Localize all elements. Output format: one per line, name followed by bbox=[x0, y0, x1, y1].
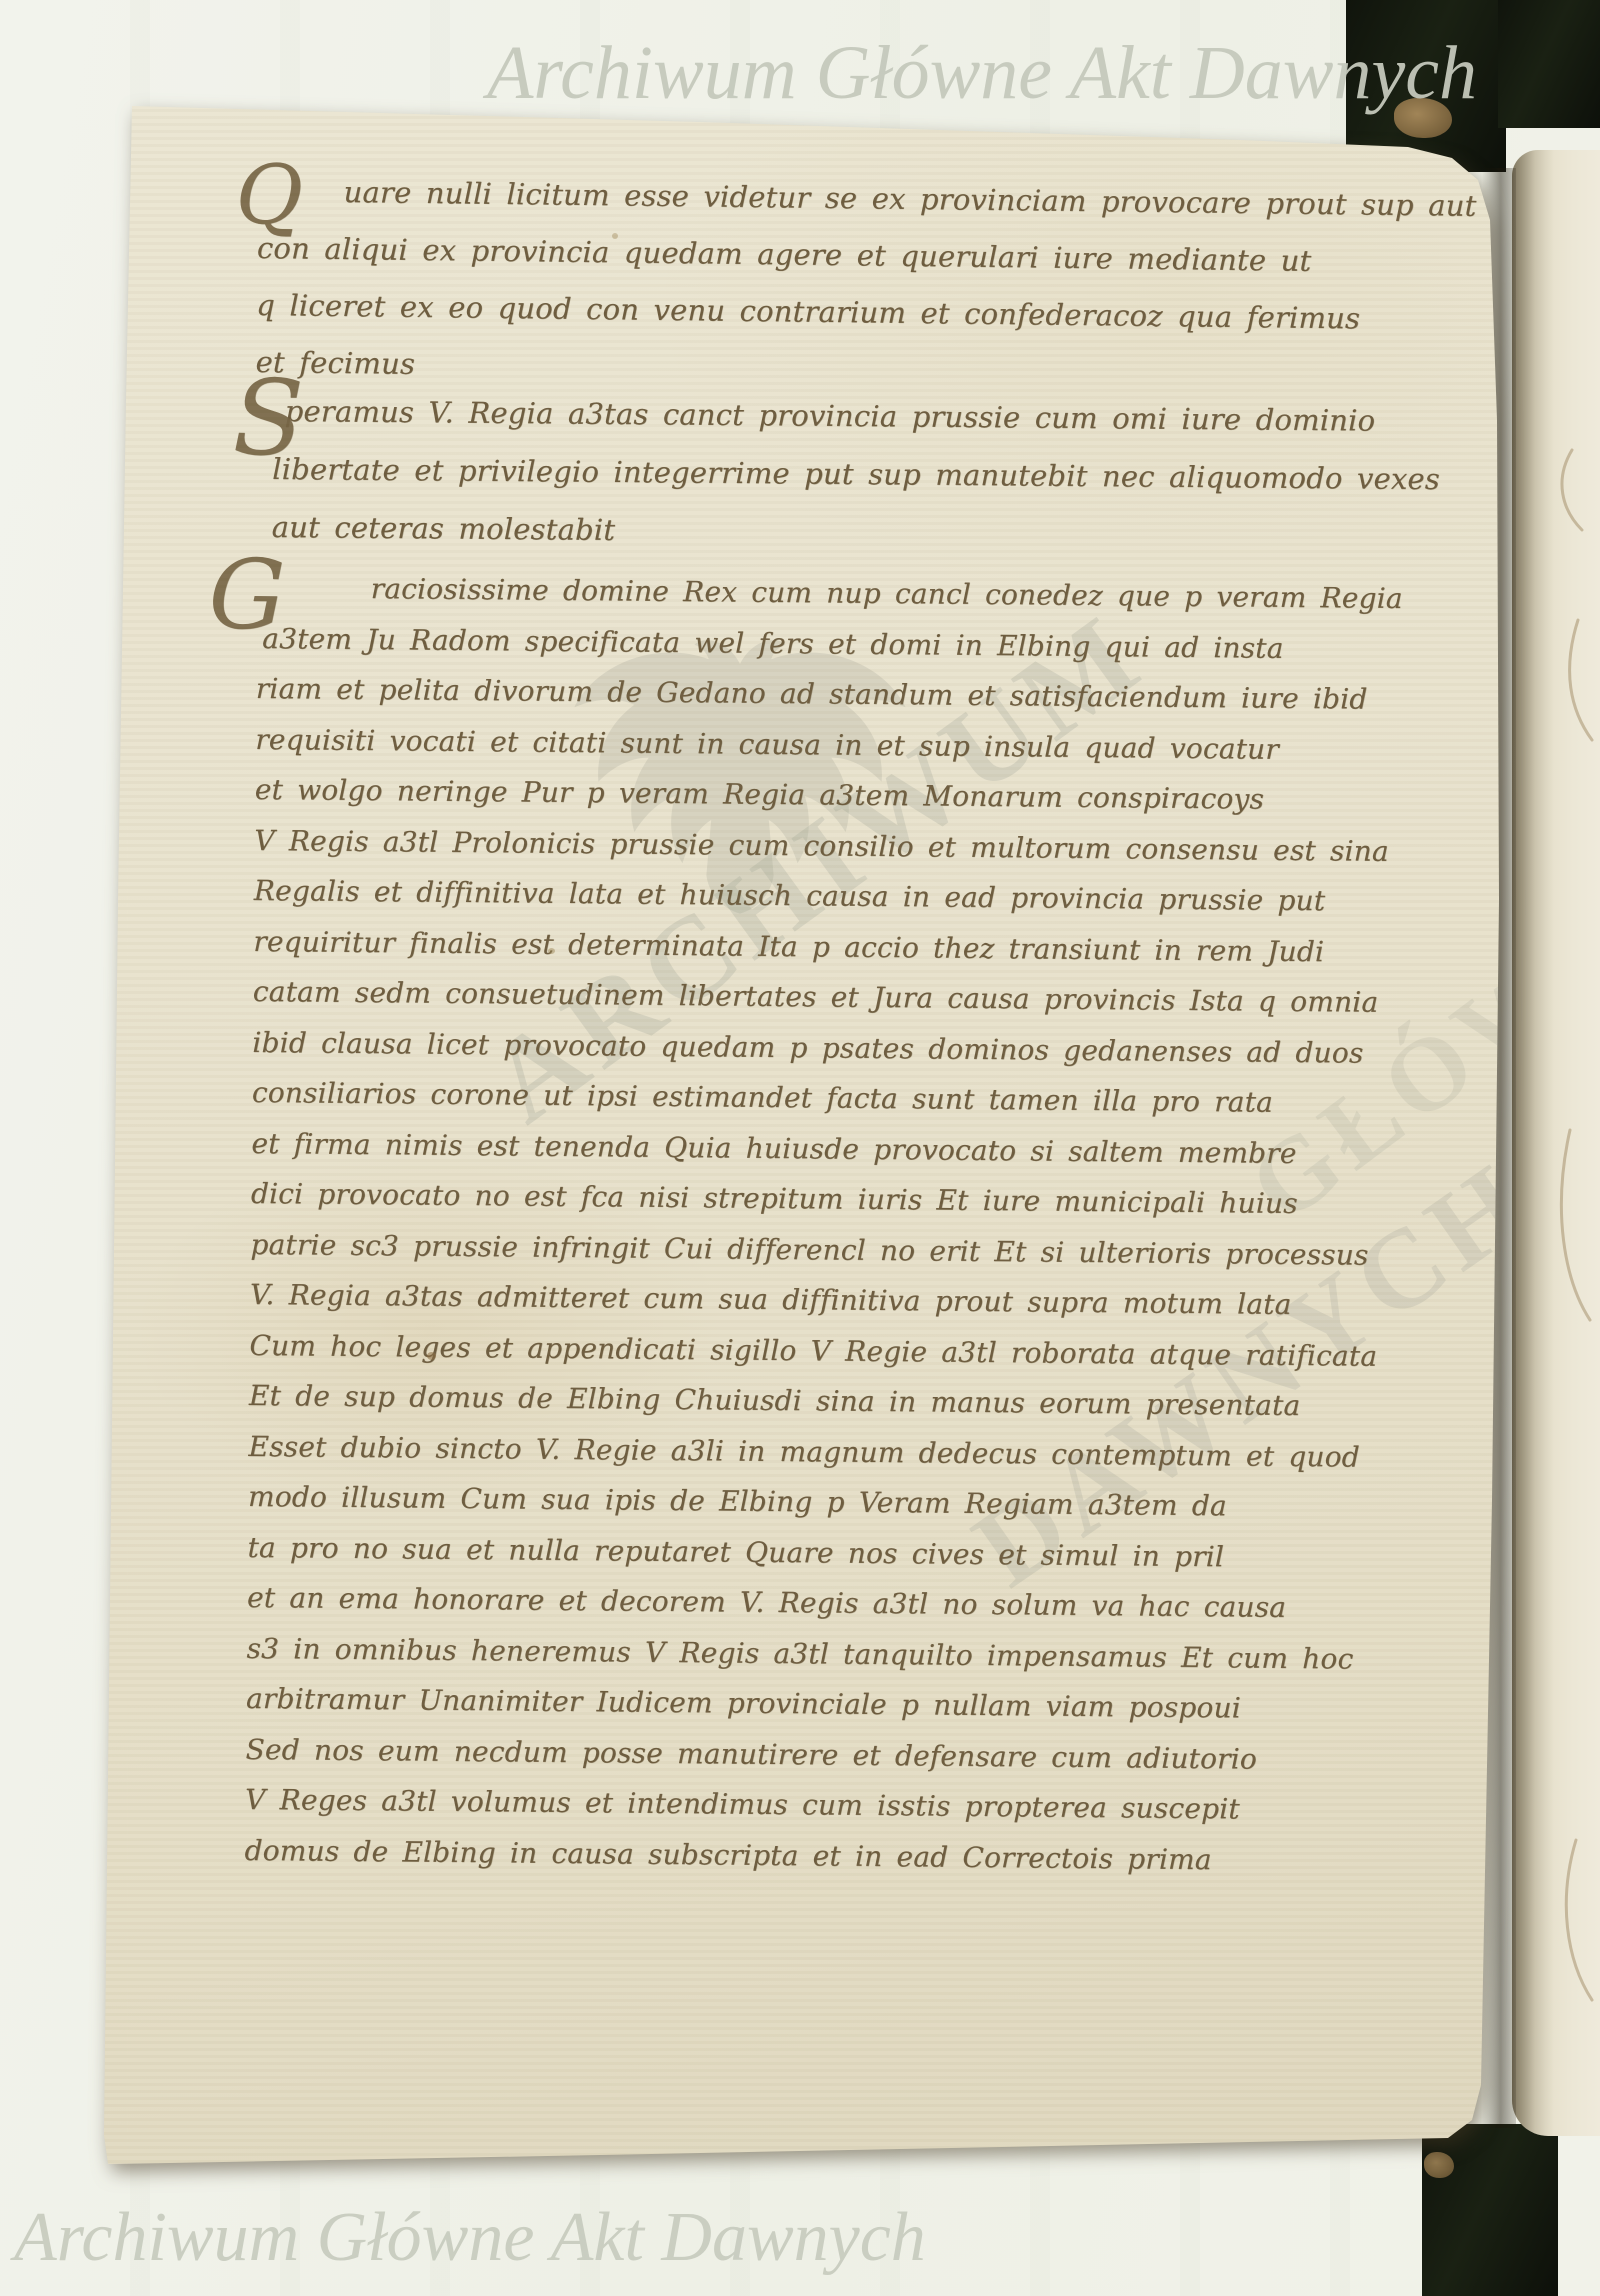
ink-speck bbox=[427, 1352, 436, 1360]
text-line: a3tem Ju Radom specificata wel fers et d… bbox=[256, 613, 1402, 674]
text-line: patrie sc3 prussie infringit Cui differe… bbox=[250, 1219, 1396, 1280]
text-line: V. Regia a3tas admitteret cum sua diffin… bbox=[250, 1270, 1396, 1331]
text-line: raciosissime domine Rex cum nup cancl co… bbox=[257, 563, 1403, 624]
watermark-text-archiwum: ARCHIWUM bbox=[464, 586, 1168, 1150]
manuscript-page: ARCHIWUM DAWNYCH GŁÓWNE Q uare nulli lic… bbox=[0, 0, 1600, 2296]
paragraph-speramus: S peramus V. Regia a3tas canct provincia… bbox=[271, 382, 1440, 566]
text-line: requiritur finalis est determinata Ita p… bbox=[253, 916, 1399, 977]
text-line: ibid clausa licet provocato quedam p psa… bbox=[252, 1017, 1398, 1078]
text-line: requisiti vocati et citati sunt in causa… bbox=[255, 714, 1401, 775]
text-line: Sed nos eum necdum posse manutirere et d… bbox=[245, 1724, 1391, 1785]
text-line: peramus V. Regia a3tas canct provincia p… bbox=[272, 382, 1440, 450]
watermark-text-dawnych: DAWNYCH bbox=[952, 1136, 1556, 1613]
illuminated-initial: G bbox=[208, 547, 286, 644]
text-line: et firma nimis est tenenda Quia huiusde … bbox=[251, 1118, 1397, 1179]
text-line: Regalis et diffinitiva lata et huiusch c… bbox=[254, 866, 1400, 927]
paragraph-quare: Q uare nulli licitum esse videtur se ex … bbox=[255, 163, 1477, 406]
text-line: arbitramur Unanimiter Iudicem provincial… bbox=[246, 1674, 1392, 1735]
text-line: et wolgo neringe Pur p veram Regia a3tem… bbox=[255, 765, 1401, 826]
illuminated-initial: S bbox=[232, 366, 304, 471]
text-line: libertate et privilegio integerrime put … bbox=[272, 440, 1440, 508]
eagle-watermark-icon bbox=[560, 590, 920, 930]
text-line: V Reges a3tl volumus et intendimus cum i… bbox=[245, 1775, 1391, 1836]
text-line: q liceret ex eo quod con venu contrarium… bbox=[256, 277, 1475, 349]
text-line: catam sedm consuetudinem libertates et J… bbox=[253, 967, 1399, 1028]
text-line: Et de sup domus de Elbing Chuiusdi sina … bbox=[249, 1371, 1395, 1432]
text-line: consiliarios corone ut ipsi estimandet f… bbox=[252, 1068, 1398, 1129]
watermark-text-glowne: GŁÓWNE bbox=[1227, 833, 1600, 1246]
paragraph-graciosissime: G raciosissime domine Rex cum nup cancl … bbox=[244, 563, 1403, 1887]
text-line: uare nulli licitum esse videtur se ex pr… bbox=[257, 163, 1476, 235]
text-line: Esset dubio sincto V. Regie a3li in magn… bbox=[248, 1421, 1394, 1482]
ink-speck bbox=[548, 948, 555, 954]
text-line: aut ceteras molestabit bbox=[271, 498, 1439, 566]
text-line: et an ema honorare et decorem V. Regis a… bbox=[247, 1573, 1393, 1634]
text-line: domus de Elbing in causa subscripta et i… bbox=[244, 1825, 1390, 1886]
illuminated-initial: Q bbox=[235, 155, 303, 238]
manuscript-page-wrap: ARCHIWUM DAWNYCH GŁÓWNE Q uare nulli lic… bbox=[0, 0, 1600, 2296]
text-line: dici provocato no est fca nisi strepitum… bbox=[251, 1169, 1397, 1230]
text-line: ta pro no sua et nulla reputaret Quare n… bbox=[247, 1522, 1393, 1583]
text-line: s3 in omnibus heneremus V Regis a3tl tan… bbox=[246, 1623, 1392, 1684]
center-watermark: ARCHIWUM DAWNYCH GŁÓWNE bbox=[0, 0, 1600, 2296]
scanned-manuscript-scene: ARCHIWUM DAWNYCH GŁÓWNE Q uare nulli lic… bbox=[0, 0, 1600, 2296]
text-line: et fecimus bbox=[255, 334, 1474, 406]
text-line: V Regis a3tl Prolonicis prussie cum cons… bbox=[254, 815, 1400, 876]
text-line: riam et pelita divorum de Gedano ad stan… bbox=[256, 664, 1402, 725]
text-line: Cum hoc leges et appendicati sigillo V R… bbox=[249, 1320, 1395, 1381]
text-line: con aliqui ex provincia quedam agere et … bbox=[257, 220, 1476, 292]
ink-speck bbox=[612, 233, 618, 239]
text-line: modo illusum Cum sua ipis de Elbing p Ve… bbox=[248, 1472, 1394, 1533]
